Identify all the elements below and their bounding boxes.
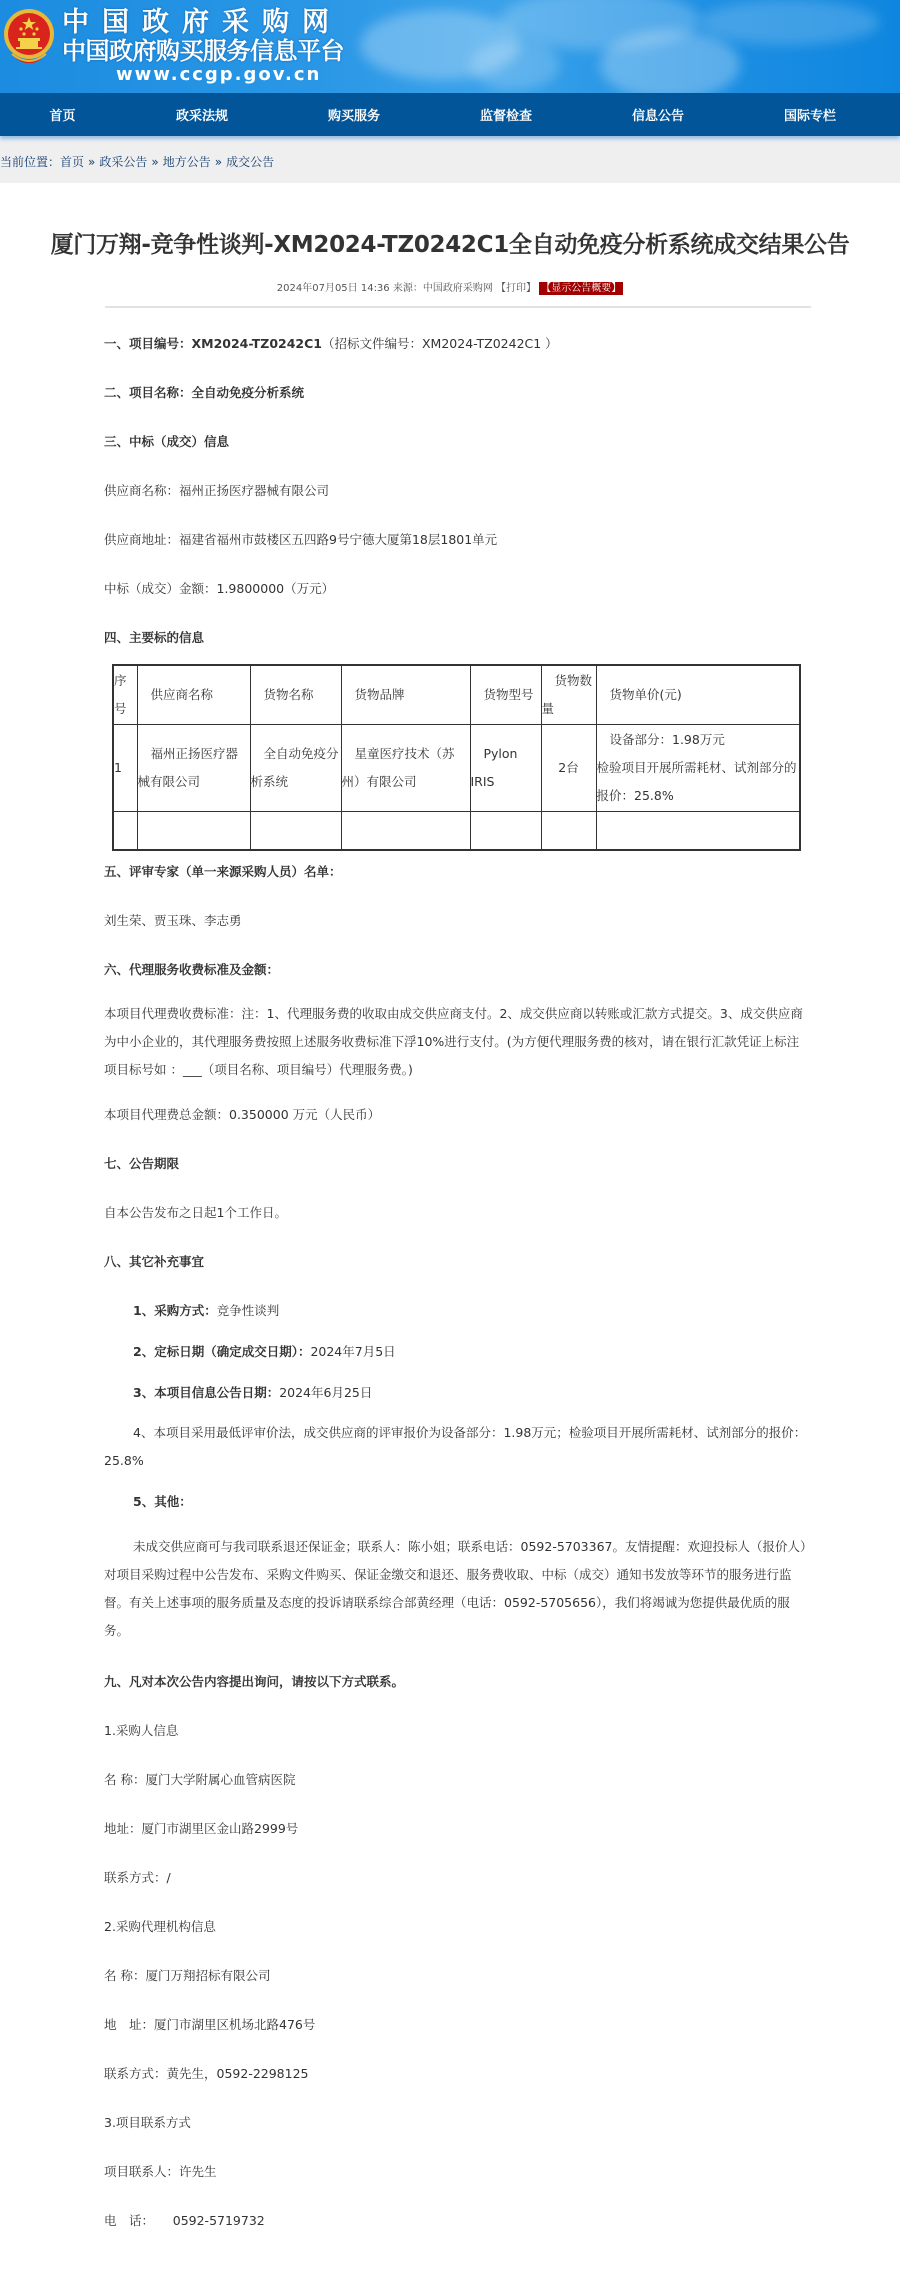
table-header-cell: 货物品牌	[341, 665, 470, 724]
section-heading-contact: 九、凡对本次公告内容提出询问，请按以下方式联系。	[104, 1673, 810, 1691]
section-heading-agency-fee: 六、代理服务收费标准及金额：	[104, 961, 810, 979]
agency-fee-standard: 本项目代理费收费标准：注：1、代理服务费的收取由成交供应商支付。2、成交供应商以…	[104, 1000, 810, 1084]
supplier-address: 供应商地址：福建省福州市鼓楼区五四路9号宁德大厦第18层1801单元	[104, 531, 810, 549]
project-contact-title: 3.项目联系方式	[104, 2114, 810, 2132]
breadcrumb-home[interactable]: 首页	[60, 153, 84, 170]
section-heading-notice-period: 七、公告期限	[104, 1155, 810, 1173]
breadcrumb-local-notices[interactable]: 地方公告	[163, 153, 211, 170]
project-name: 二、项目名称：全自动免疫分析系统	[104, 384, 810, 402]
award-date-value: 2024年7月5日	[310, 1344, 395, 1359]
table-header-cell: 供应商名称	[137, 665, 250, 724]
print-link[interactable]: 【打印】	[496, 283, 536, 294]
section-heading-award-info: 三、中标（成交）信息	[104, 433, 810, 451]
table-cell-goods: 全自动免疫分析系统	[250, 724, 341, 811]
nav-item-announcements[interactable]: 信息公告	[583, 105, 733, 124]
site-banner: 中国政府采购网 中国政府购买服务信息平台 www.ccgp.gov.cn	[0, 0, 900, 93]
purchaser-address: 地址：厦门市湖里区金山路2999号	[104, 1820, 810, 1838]
project-contact-phone: 电 话： 0592-5719732	[104, 2212, 810, 2230]
logo-title: 中国政府采购网	[62, 8, 344, 38]
article-meta: 2024年07月05日 14:36 来源：中国政府采购网 【打印】 【显示公告概…	[0, 282, 900, 296]
table-cell-qty: 2台	[541, 724, 596, 811]
price-equipment: 设备部分：1.98万元	[597, 726, 800, 754]
section-heading-main-items: 四、主要标的信息	[104, 629, 810, 647]
national-emblem-icon	[2, 8, 56, 66]
page-title: 厦门万翔-竞争性谈判-XM2024-TZ0242C1全自动免疫分析系统成交结果公…	[0, 228, 900, 262]
nav-item-supervision[interactable]: 监督检查	[431, 105, 581, 124]
nav-item-home[interactable]: 首页	[0, 105, 125, 124]
table-cell-model: Pylon IRIS	[470, 724, 541, 811]
nav-item-purchase-services[interactable]: 购买服务	[279, 105, 429, 124]
table-row: 1 福州正扬医疗器械有限公司 全自动免疫分析系统 星童医疗技术（苏州）有限公司 …	[113, 724, 800, 811]
breadcrumb-deal-notices[interactable]: 成交公告	[226, 153, 274, 170]
project-name-label: 二、项目名称：	[104, 385, 192, 400]
section-heading-other-matters: 八、其它补充事宜	[104, 1253, 810, 1271]
breadcrumb-separator: »	[215, 155, 222, 169]
table-cell-supplier: 福州正扬医疗器械有限公司	[137, 724, 250, 811]
goods-table: 序号 供应商名称 货物名称 货物品牌 货物型号 货物数量 货物单价(元) 1 福…	[112, 664, 801, 851]
tender-doc-number: （招标文件编号：XM2024-TZ0242C1 ）	[322, 336, 558, 351]
title-divider	[105, 306, 811, 308]
table-cell-empty	[137, 811, 250, 850]
bottom-spacer	[104, 2230, 810, 2270]
table-header-row: 序号 供应商名称 货物名称 货物品牌 货物型号 货物数量 货物单价(元)	[113, 665, 800, 724]
table-cell-empty	[470, 811, 541, 850]
award-amount: 中标（成交）金额：1.9800000（万元）	[104, 580, 810, 598]
table-cell-no: 1	[113, 724, 137, 811]
other-text: 未成交供应商可与我司联系退还保证金；联系人：陈小姐；联系电话：0592-5703…	[104, 1533, 810, 1645]
table-row-empty	[113, 811, 800, 850]
breadcrumb-separator: »	[88, 155, 95, 169]
procurement-method: 1、采购方式：竞争性谈判	[104, 1302, 810, 1320]
table-cell-empty	[541, 811, 596, 850]
agency-address: 地 址：厦门市湖里区机场北路476号	[104, 2016, 810, 2034]
project-number-value: XM2024-TZ0242C1	[192, 336, 322, 351]
show-summary-button[interactable]: 【显示公告概要】	[539, 282, 623, 295]
logo-subtitle: 中国政府购买服务信息平台	[62, 38, 344, 64]
publish-datetime: 2024年07月05日 14:36	[277, 283, 390, 294]
award-date: 2、定标日期（确定成交日期）：2024年7月5日	[104, 1343, 810, 1361]
table-cell-brand: 星童医疗技术（苏州）有限公司	[341, 724, 470, 811]
other-label: 5、其他：	[104, 1493, 810, 1511]
notice-period-text: 自本公告发布之日起1个工作日。	[104, 1204, 810, 1222]
announcement-date-value: 2024年6月25日	[279, 1385, 372, 1400]
breadcrumb-separator: »	[151, 155, 158, 169]
purchaser-name: 名 称：厦门大学附属心血管病医院	[104, 1771, 810, 1789]
project-number: 一、项目编号：XM2024-TZ0242C1（招标文件编号：XM2024-TZ0…	[104, 335, 810, 353]
purchaser-info-title: 1.采购人信息	[104, 1722, 810, 1740]
main-nav: 首页 政采法规 购买服务 监督检查 信息公告 国际专栏	[0, 93, 900, 136]
other-label-text: 5、其他：	[133, 1494, 192, 1509]
table-header-cell: 货物名称	[250, 665, 341, 724]
evaluation-method: 4、本项目采用最低评审价法，成交供应商的评审报价为设备部分：1.98万元；检验项…	[104, 1419, 810, 1475]
breadcrumb-prefix: 当前位置：	[0, 153, 60, 170]
project-number-label: 一、项目编号：	[104, 336, 192, 351]
table-header-cell: 货物型号	[470, 665, 541, 724]
project-name-value: 全自动免疫分析系统	[192, 385, 305, 400]
table-header-cell: 序号	[113, 665, 137, 724]
table-cell-empty	[341, 811, 470, 850]
cloud-decoration	[470, 40, 560, 90]
announcement-date-label: 3、本项目信息公告日期：	[133, 1385, 279, 1400]
purchaser-contact: 联系方式：/	[104, 1869, 810, 1887]
project-contact-person: 项目联系人：许先生	[104, 2163, 810, 2181]
source-name: 中国政府采购网	[423, 283, 493, 294]
procurement-method-label: 1、采购方式：	[133, 1303, 217, 1318]
table-cell-empty	[250, 811, 341, 850]
nav-item-international[interactable]: 国际专栏	[735, 105, 885, 124]
table-cell-empty	[596, 811, 800, 850]
breadcrumb: 当前位置： 首页 » 政采公告 » 地方公告 » 成交公告	[0, 136, 900, 183]
award-date-label: 2、定标日期（确定成交日期）：	[133, 1344, 310, 1359]
nav-item-regulations[interactable]: 政采法规	[127, 105, 277, 124]
agency-info-title: 2.采购代理机构信息	[104, 1918, 810, 1936]
announcement-date: 3、本项目信息公告日期：2024年6月25日	[104, 1384, 810, 1402]
table-header-cell: 货物数量	[541, 665, 596, 724]
agency-contact: 联系方式：黄先生，0592-2298125	[104, 2065, 810, 2083]
cloud-decoration	[700, 0, 880, 45]
source-label: 来源：	[393, 283, 423, 294]
article-body: 一、项目编号：XM2024-TZ0242C1（招标文件编号：XM2024-TZ0…	[0, 335, 900, 2270]
cloud-decoration	[600, 30, 740, 93]
breadcrumb-procurement-notices[interactable]: 政采公告	[99, 153, 147, 170]
expert-list: 刘生荣、贾玉珠、李志勇	[104, 912, 810, 930]
agency-name: 名 称：厦门万翔招标有限公司	[104, 1967, 810, 1985]
site-logo[interactable]: 中国政府采购网 中国政府购买服务信息平台 www.ccgp.gov.cn	[62, 8, 344, 86]
table-header-cell: 货物单价(元)	[596, 665, 800, 724]
price-reagents: 检验项目开展所需耗材、试剂部分的报价：25.8%	[597, 754, 800, 810]
table-cell-empty	[113, 811, 137, 850]
logo-url: www.ccgp.gov.cn	[116, 64, 344, 86]
agency-fee-total: 本项目代理费总金额：0.350000 万元（人民币）	[104, 1106, 810, 1124]
section-heading-experts: 五、评审专家（单一来源采购人员）名单：	[104, 863, 810, 881]
goods-table-wrapper: 序号 供应商名称 货物名称 货物品牌 货物型号 货物数量 货物单价(元) 1 福…	[112, 664, 810, 851]
procurement-method-value: 竞争性谈判	[217, 1303, 280, 1318]
supplier-name: 供应商名称：福州正扬医疗器械有限公司	[104, 482, 810, 500]
table-cell-price: 设备部分：1.98万元 检验项目开展所需耗材、试剂部分的报价：25.8%	[596, 724, 800, 811]
